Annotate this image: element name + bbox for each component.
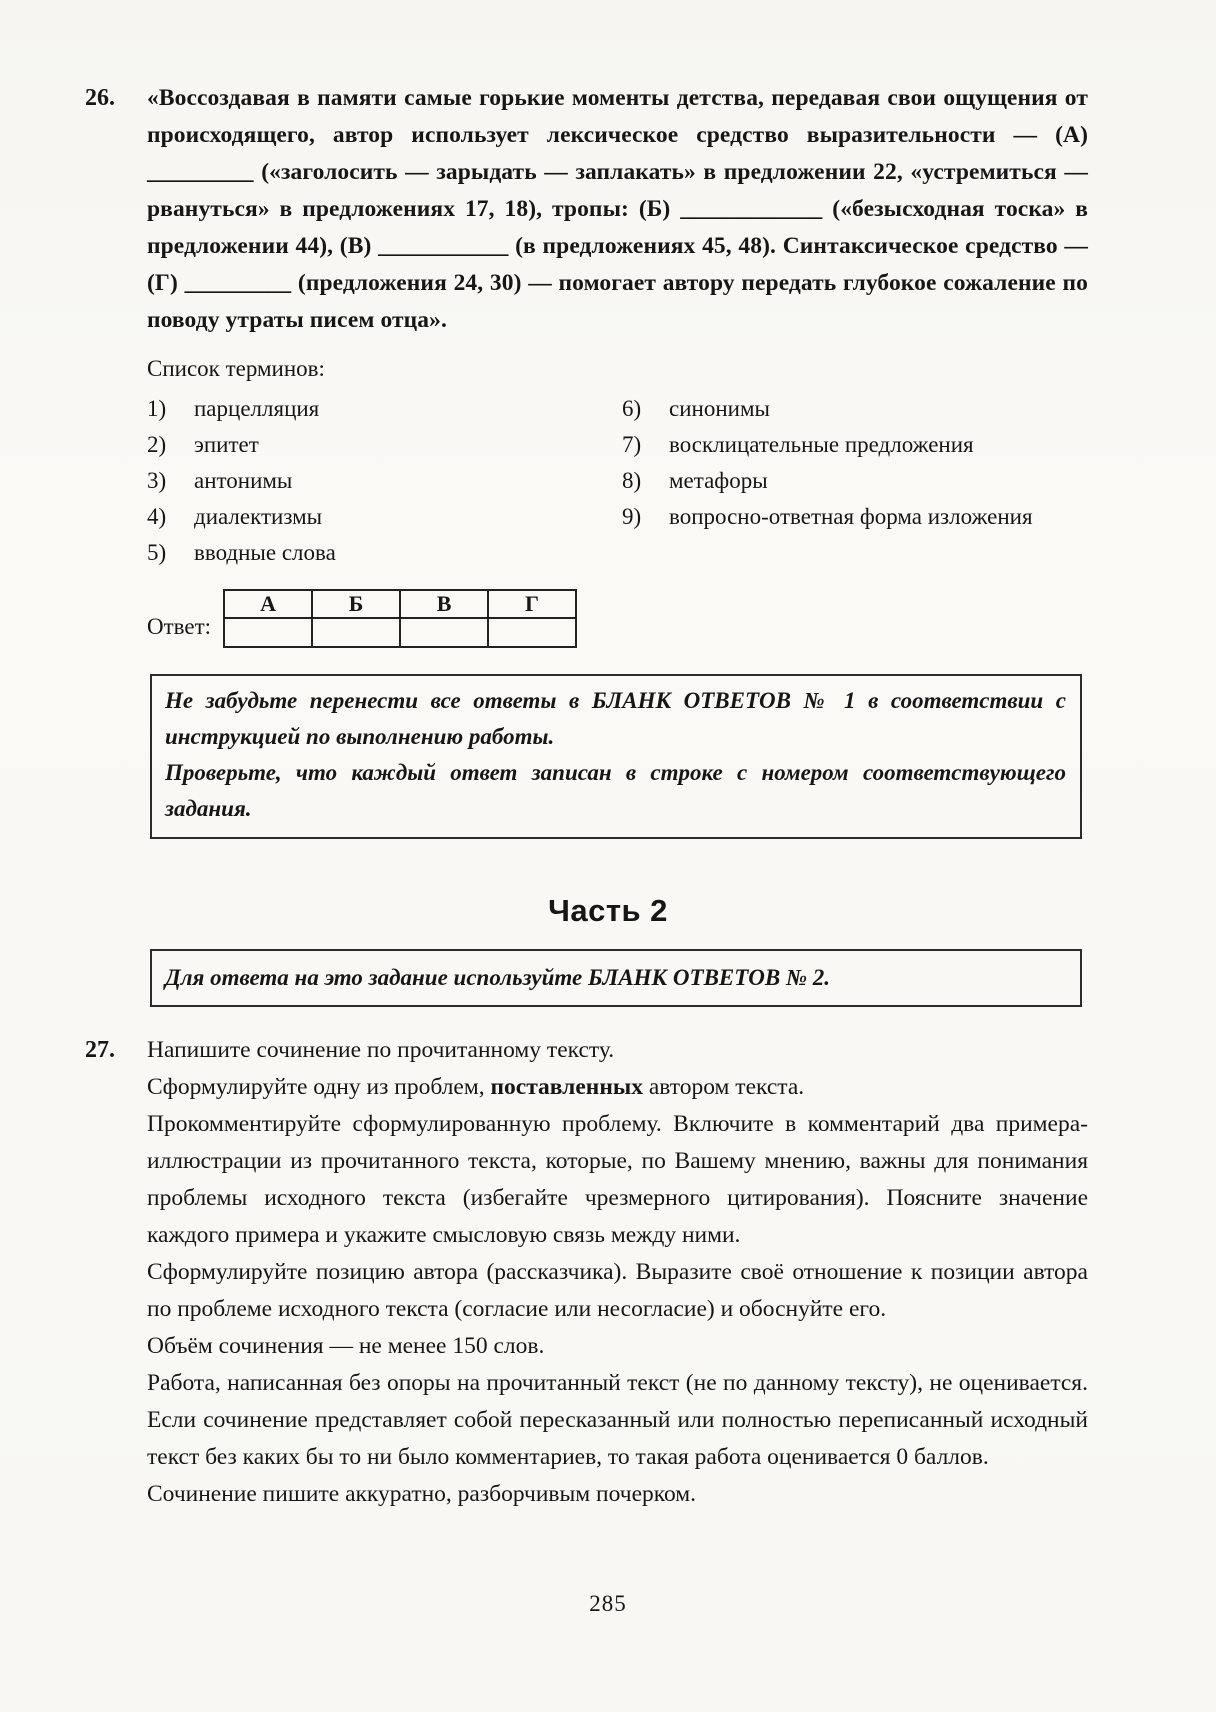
- term-label: антонимы: [194, 463, 292, 499]
- term-label: восклицательные предложения: [669, 427, 974, 463]
- answer-column-a: А: [224, 590, 312, 618]
- task-27-paragraph: Сформулируйте одну из проблем, поставлен…: [147, 1069, 1088, 1106]
- part-2-heading: Часть 2: [0, 895, 1216, 927]
- terms-column-right: 6) синонимы 7) восклицательные предложен…: [622, 391, 1088, 571]
- task-26-prompt: «Воссоздавая в памяти самые горькие моме…: [147, 80, 1088, 339]
- term-item: 3) антонимы: [147, 463, 622, 499]
- answer-cell-a: [224, 618, 312, 647]
- term-number: 2): [147, 427, 194, 463]
- answer-column-b: Б: [312, 590, 400, 618]
- exam-page: 26. «Воссоздавая в памяти самые горькие …: [0, 0, 1216, 1712]
- term-item: 4) диалектизмы: [147, 499, 622, 535]
- terms-list: 1) парцелляция 2) эпитет 3) антонимы 4) …: [147, 391, 1088, 571]
- term-number: 4): [147, 499, 194, 535]
- task-27-paragraph: Сформулируйте позицию автора (рассказчик…: [147, 1254, 1088, 1328]
- term-label: парцелляция: [194, 391, 319, 427]
- paragraph-text: автором текста.: [643, 1074, 804, 1100]
- notice-line: Не забудьте перенести все ответы в БЛАНК…: [165, 683, 1066, 755]
- term-item: 9) вопросно-ответная форма изложения: [622, 499, 1088, 535]
- term-label: метафоры: [669, 463, 768, 499]
- task-27-paragraph: Напишите сочинение по прочитанному текст…: [147, 1032, 1088, 1069]
- paragraph-text: Сформулируйте одну из проблем,: [147, 1074, 490, 1100]
- answer-label: Ответ:: [147, 596, 211, 642]
- term-number: 9): [622, 499, 669, 535]
- task-27-body: Напишите сочинение по прочитанному текст…: [147, 1032, 1088, 1513]
- task-27-paragraph: Работа, написанная без опоры на прочитан…: [147, 1365, 1088, 1476]
- term-label: эпитет: [194, 427, 259, 463]
- task-27-paragraph: Прокомментируйте сформулированную пробле…: [147, 1106, 1088, 1254]
- term-item: 7) восклицательные предложения: [622, 427, 1088, 463]
- term-label: диалектизмы: [194, 499, 322, 535]
- task-27-paragraph: Сочинение пишите аккуратно, разборчивым …: [147, 1476, 1088, 1513]
- terms-column-left: 1) парцелляция 2) эпитет 3) антонимы 4) …: [147, 391, 622, 571]
- task-27: 27. Напишите сочинение по прочитанному т…: [0, 1032, 1216, 1513]
- term-number: 3): [147, 463, 194, 499]
- term-number: 7): [622, 427, 669, 463]
- term-label: вводные слова: [194, 535, 336, 571]
- task-26: 26. «Воссоздавая в памяти самые горькие …: [0, 80, 1216, 648]
- term-number: 5): [147, 535, 194, 571]
- task-26-number: 26.: [85, 80, 147, 648]
- term-label: синонимы: [669, 391, 770, 427]
- answer-cell-g: [488, 618, 576, 647]
- page-number: 285: [0, 1591, 1216, 1617]
- task-27-paragraph: Объём сочинения — не менее 150 слов.: [147, 1328, 1088, 1365]
- notice-answer-sheet-2: Для ответа на это задание используйте БЛ…: [150, 949, 1082, 1007]
- term-item: 5) вводные слова: [147, 535, 622, 571]
- term-item: 6) синонимы: [622, 391, 1088, 427]
- answer-cell-b: [312, 618, 400, 647]
- term-label: вопросно-ответная форма изложения: [669, 499, 1033, 535]
- term-item: 1) парцелляция: [147, 391, 622, 427]
- task-26-body: «Воссоздавая в памяти самые горькие моме…: [147, 80, 1088, 648]
- terms-list-label: Список терминов:: [147, 351, 1088, 387]
- term-item: 2) эпитет: [147, 427, 622, 463]
- answer-column-g: Г: [488, 590, 576, 618]
- answer-row: Ответ: А Б В Г: [147, 589, 1088, 648]
- paragraph-bold-text: поставленных: [490, 1074, 642, 1100]
- answer-cell-v: [400, 618, 488, 647]
- task-27-number: 27.: [85, 1032, 147, 1513]
- term-number: 1): [147, 391, 194, 427]
- term-number: 8): [622, 463, 669, 499]
- notice-line: Проверьте, что каждый ответ записан в ст…: [165, 755, 1066, 827]
- answer-column-v: В: [400, 590, 488, 618]
- term-item: 8) метафоры: [622, 463, 1088, 499]
- notice-line: Для ответа на это задание используйте БЛ…: [165, 960, 1066, 996]
- term-number: 6): [622, 391, 669, 427]
- answer-table: А Б В Г: [223, 589, 577, 648]
- notice-transfer-answers: Не забудьте перенести все ответы в БЛАНК…: [150, 674, 1082, 839]
